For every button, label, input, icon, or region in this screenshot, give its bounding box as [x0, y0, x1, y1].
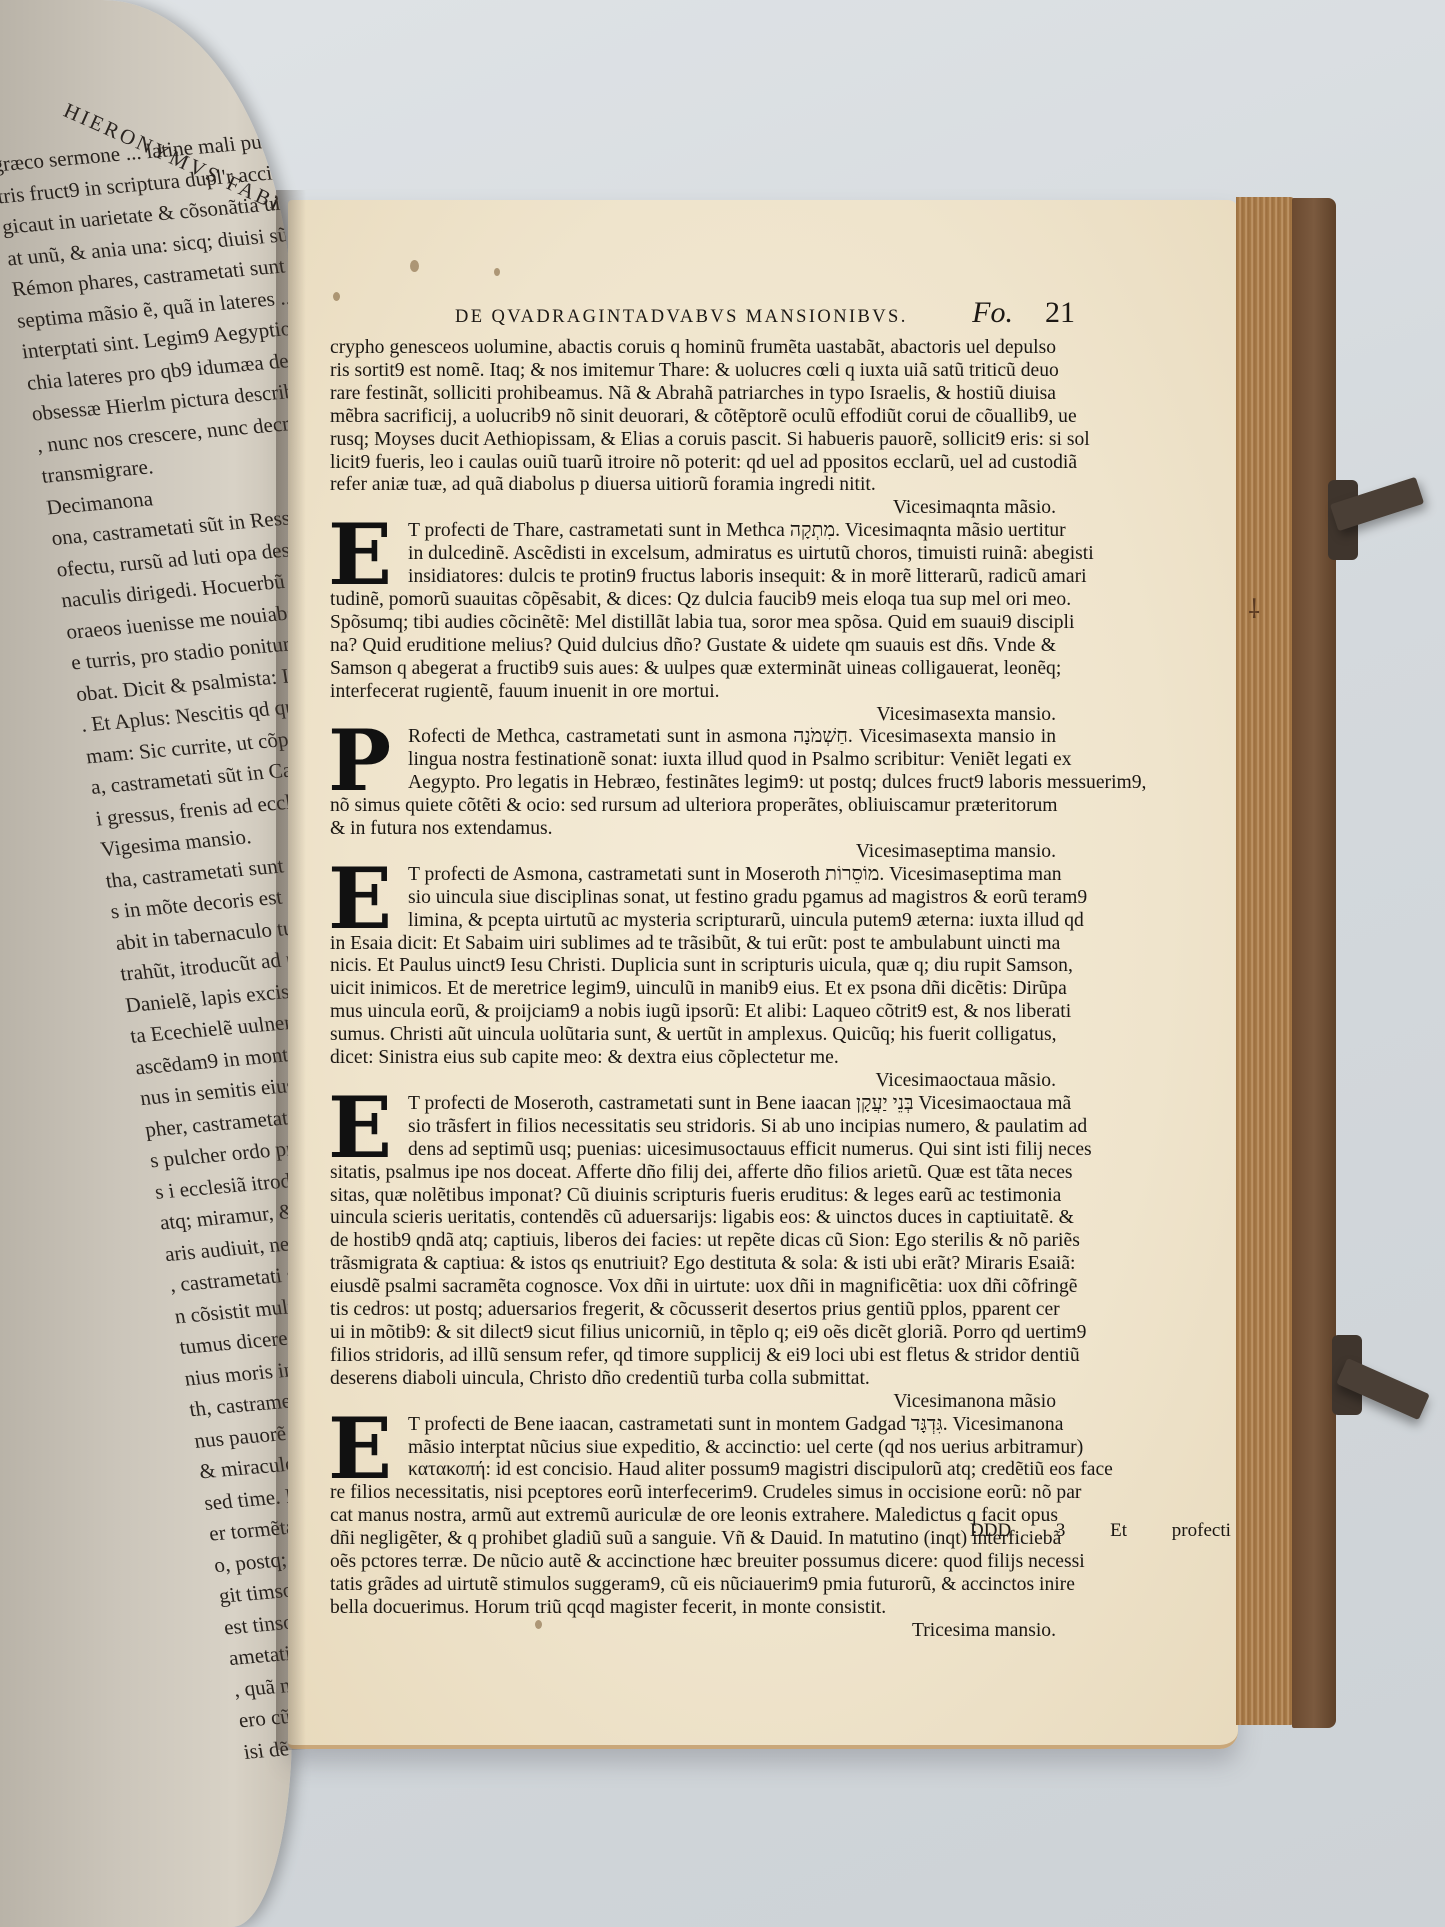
- text-line: bella docuerimus. Horum triũ qcqd magist…: [330, 1597, 1056, 1620]
- text-line: limina, & pcepta uirtutũ ac mysteria scr…: [330, 910, 1056, 933]
- binding-board: [1292, 198, 1336, 1728]
- text-line: sio uincula siue disciplinas sonat, ut f…: [330, 887, 1056, 910]
- text-line: sio trãsfert in filios necessitatis seu …: [330, 1116, 1056, 1139]
- text-line: oẽs pctores terræ. De nũcio autẽ & accin…: [330, 1551, 1056, 1574]
- text-line: in Esaia dicit: Et Sabaim uiri sublimes …: [330, 933, 1056, 956]
- text-line: sumus. Christi aũt uincula uolũtaria sun…: [330, 1024, 1056, 1047]
- text-line: licit9 fueris, leo i caulas ouiũ tuarũ i…: [330, 452, 1056, 475]
- running-title: DE QVADRAGINTADVABVS MANSIONIBVS.: [455, 307, 908, 328]
- mansio-heading: Vicesimasexta mansio.: [330, 704, 1056, 727]
- text-line: insidiatores: dulcis te protin9 fructus …: [330, 566, 1056, 589]
- text-line: rare festinãt, solliciti prohibeamus. Nã…: [330, 383, 1056, 406]
- text-line: T profecti de Moseroth, castrametati sun…: [330, 1093, 1056, 1116]
- text-line: mus uincula eorũ, & proijciam9 a nobis i…: [330, 1001, 1056, 1024]
- text-line: de hostib9 qndã atq; captiuis, liberos d…: [330, 1230, 1056, 1253]
- text-line: in dulcedinẽ. Ascẽdisti in excelsum, adm…: [330, 543, 1056, 566]
- drop-cap-initial: E: [328, 1416, 392, 1482]
- mansio-heading: Vicesimaseptima mansio.: [330, 841, 1056, 864]
- text-line: uincula scieris ueritatis, contendẽs cũ …: [330, 1207, 1056, 1230]
- text-line: dicet: Sinistra eius sub capite meo: & d…: [330, 1047, 1056, 1070]
- running-head: DE QVADRAGINTADVABVS MANSIONIBVS. Fo. 21: [455, 296, 1075, 330]
- folio: Fo. 21: [972, 296, 1075, 330]
- folio-label: Fo.: [972, 296, 1013, 330]
- text-line: T profecti de Thare, castrametati sunt i…: [330, 520, 1056, 543]
- mansio-heading: Vicesimaqnta mãsio.: [330, 497, 1056, 520]
- text-line: uicit inimicos. Et de meretrice legim9, …: [330, 978, 1056, 1001]
- catchword: Et profecti: [1110, 1520, 1231, 1541]
- mansio-heading: Vicesimanona mãsio: [330, 1391, 1056, 1414]
- text-line: mẽbra sacrificij, a uolucrib9 nõ sinit d…: [330, 406, 1056, 429]
- text-line: tudinẽ, pomorũ suauitas cõpẽsabit, & dic…: [330, 589, 1056, 612]
- text-line: na? Quid eruditione melius? Quid dulcius…: [330, 635, 1056, 658]
- text-line: T profecti de Bene iaacan, castrametati …: [330, 1414, 1056, 1437]
- text-line: sitas, quæ nolẽtibus imponat? Cũ diuinis…: [330, 1185, 1056, 1208]
- text-line: nõ simus quiete cõtẽti & ocio: sed rursu…: [330, 795, 1056, 818]
- text-section: ET profecti de Asmona, castrametati sunt…: [330, 864, 1056, 1093]
- signature-mark: DDD 3: [970, 1520, 1065, 1541]
- text-line: filios stridoris, ad illũ sensum refer, …: [330, 1345, 1056, 1368]
- drop-cap-initial: E: [328, 522, 392, 588]
- text-line: refer aniæ tuæ, ad quã diabolus p diuers…: [330, 474, 1056, 497]
- text-line: cat manus nostra, armũ aut extremũ auric…: [330, 1505, 1056, 1528]
- text-line: deserens diaboli uincula, Christo dño cr…: [330, 1368, 1056, 1391]
- text-line: crypho genesceos uolumine, abactis corui…: [330, 337, 1056, 360]
- foxing-spot: [333, 292, 340, 301]
- foxing-spot: [494, 268, 500, 276]
- text-section: ET profecti de Bene iaacan, castrametati…: [330, 1414, 1056, 1643]
- text-line: ris sortit9 est nomẽ. Itaq; & nos imitem…: [330, 360, 1056, 383]
- text-line: tis cedros: ut postq; aduersarios freger…: [330, 1299, 1056, 1322]
- text-line: ui in mõtib9: & sit dilect9 sicut filius…: [330, 1322, 1056, 1345]
- left-page-verso: HIERONYMVS FABIOLAE græco sermone ... la…: [0, 0, 292, 1927]
- drop-cap-initial: E: [328, 1095, 392, 1161]
- text-line: trãsmigrata & captiua: & istos qs enutri…: [330, 1253, 1056, 1276]
- folio-number: 21: [1045, 296, 1075, 330]
- mansio-heading: Vicesimaoctaua mãsio.: [330, 1070, 1056, 1093]
- drop-cap-initial: E: [328, 866, 392, 932]
- text-section: crypho genesceos uolumine, abactis corui…: [330, 337, 1056, 520]
- text-section: PRofecti de Methca, castrametati sunt in…: [330, 726, 1056, 863]
- fore-edge-mark: ⸸: [1248, 590, 1260, 626]
- foxing-spot: [410, 260, 419, 272]
- page-body: crypho genesceos uolumine, abactis corui…: [330, 337, 1056, 1643]
- text-line: interfecerat rugientẽ, fauum inuenit in …: [330, 681, 1056, 704]
- text-line: κατακοπή: id est concisio. Haud aliter p…: [330, 1459, 1056, 1482]
- text-section: ET profecti de Thare, castrametati sunt …: [330, 520, 1056, 726]
- text-line: mãsio interptat nũcius siue expeditio, &…: [330, 1437, 1056, 1460]
- text-line: dñi negligẽter, & q prohibet gladiũ suũ …: [330, 1528, 1056, 1551]
- page-footer: DDD 3 Et profecti: [970, 1520, 1370, 1542]
- text-line: Aegypto. Pro legatis in Hebræo, festinãt…: [330, 772, 1056, 795]
- text-line: T profecti de Asmona, castrametati sunt …: [330, 864, 1056, 887]
- drop-cap-initial: P: [328, 728, 391, 794]
- text-line: eiusdẽ psalmi sacramẽta cognosce. Vox dñ…: [330, 1276, 1056, 1299]
- text-line: lingua nostra festinationẽ sonat: iuxta …: [330, 749, 1056, 772]
- text-line: re filios necessitatis, nisi pceptores e…: [330, 1482, 1056, 1505]
- foxing-spot: [535, 1620, 542, 1629]
- text-line: tatis grãdes ad uirtutẽ stimulos suggera…: [330, 1574, 1056, 1597]
- text-line: rusq; Moyses ducit Aethiopissam, & Elias…: [330, 429, 1056, 452]
- text-line: nicis. Et Paulus uinct9 Iesu Christi. Du…: [330, 955, 1056, 978]
- text-line: & in futura nos extendamus.: [330, 818, 1056, 841]
- text-line: dens ad septimũ usq; puenias: uicesimuso…: [330, 1139, 1056, 1162]
- left-page-text: græco sermone ... latine mali punitris f…: [0, 121, 292, 1768]
- text-section: ET profecti de Moseroth, castrametati su…: [330, 1093, 1056, 1414]
- text-line: Rofecti de Methca, castrametati sunt in …: [330, 726, 1056, 749]
- mansio-heading: Tricesima mansio.: [330, 1620, 1056, 1643]
- gutter-shadow: [276, 190, 306, 1750]
- text-line: sitatis, psalmus ipe nos doceat. Afferte…: [330, 1162, 1056, 1185]
- text-line: Spõsumq; tibi audies cõcinẽtẽ: Mel disti…: [330, 612, 1056, 635]
- text-line: Samson q abegerat a fructib9 suis aues: …: [330, 658, 1056, 681]
- fore-edge: [1236, 197, 1296, 1725]
